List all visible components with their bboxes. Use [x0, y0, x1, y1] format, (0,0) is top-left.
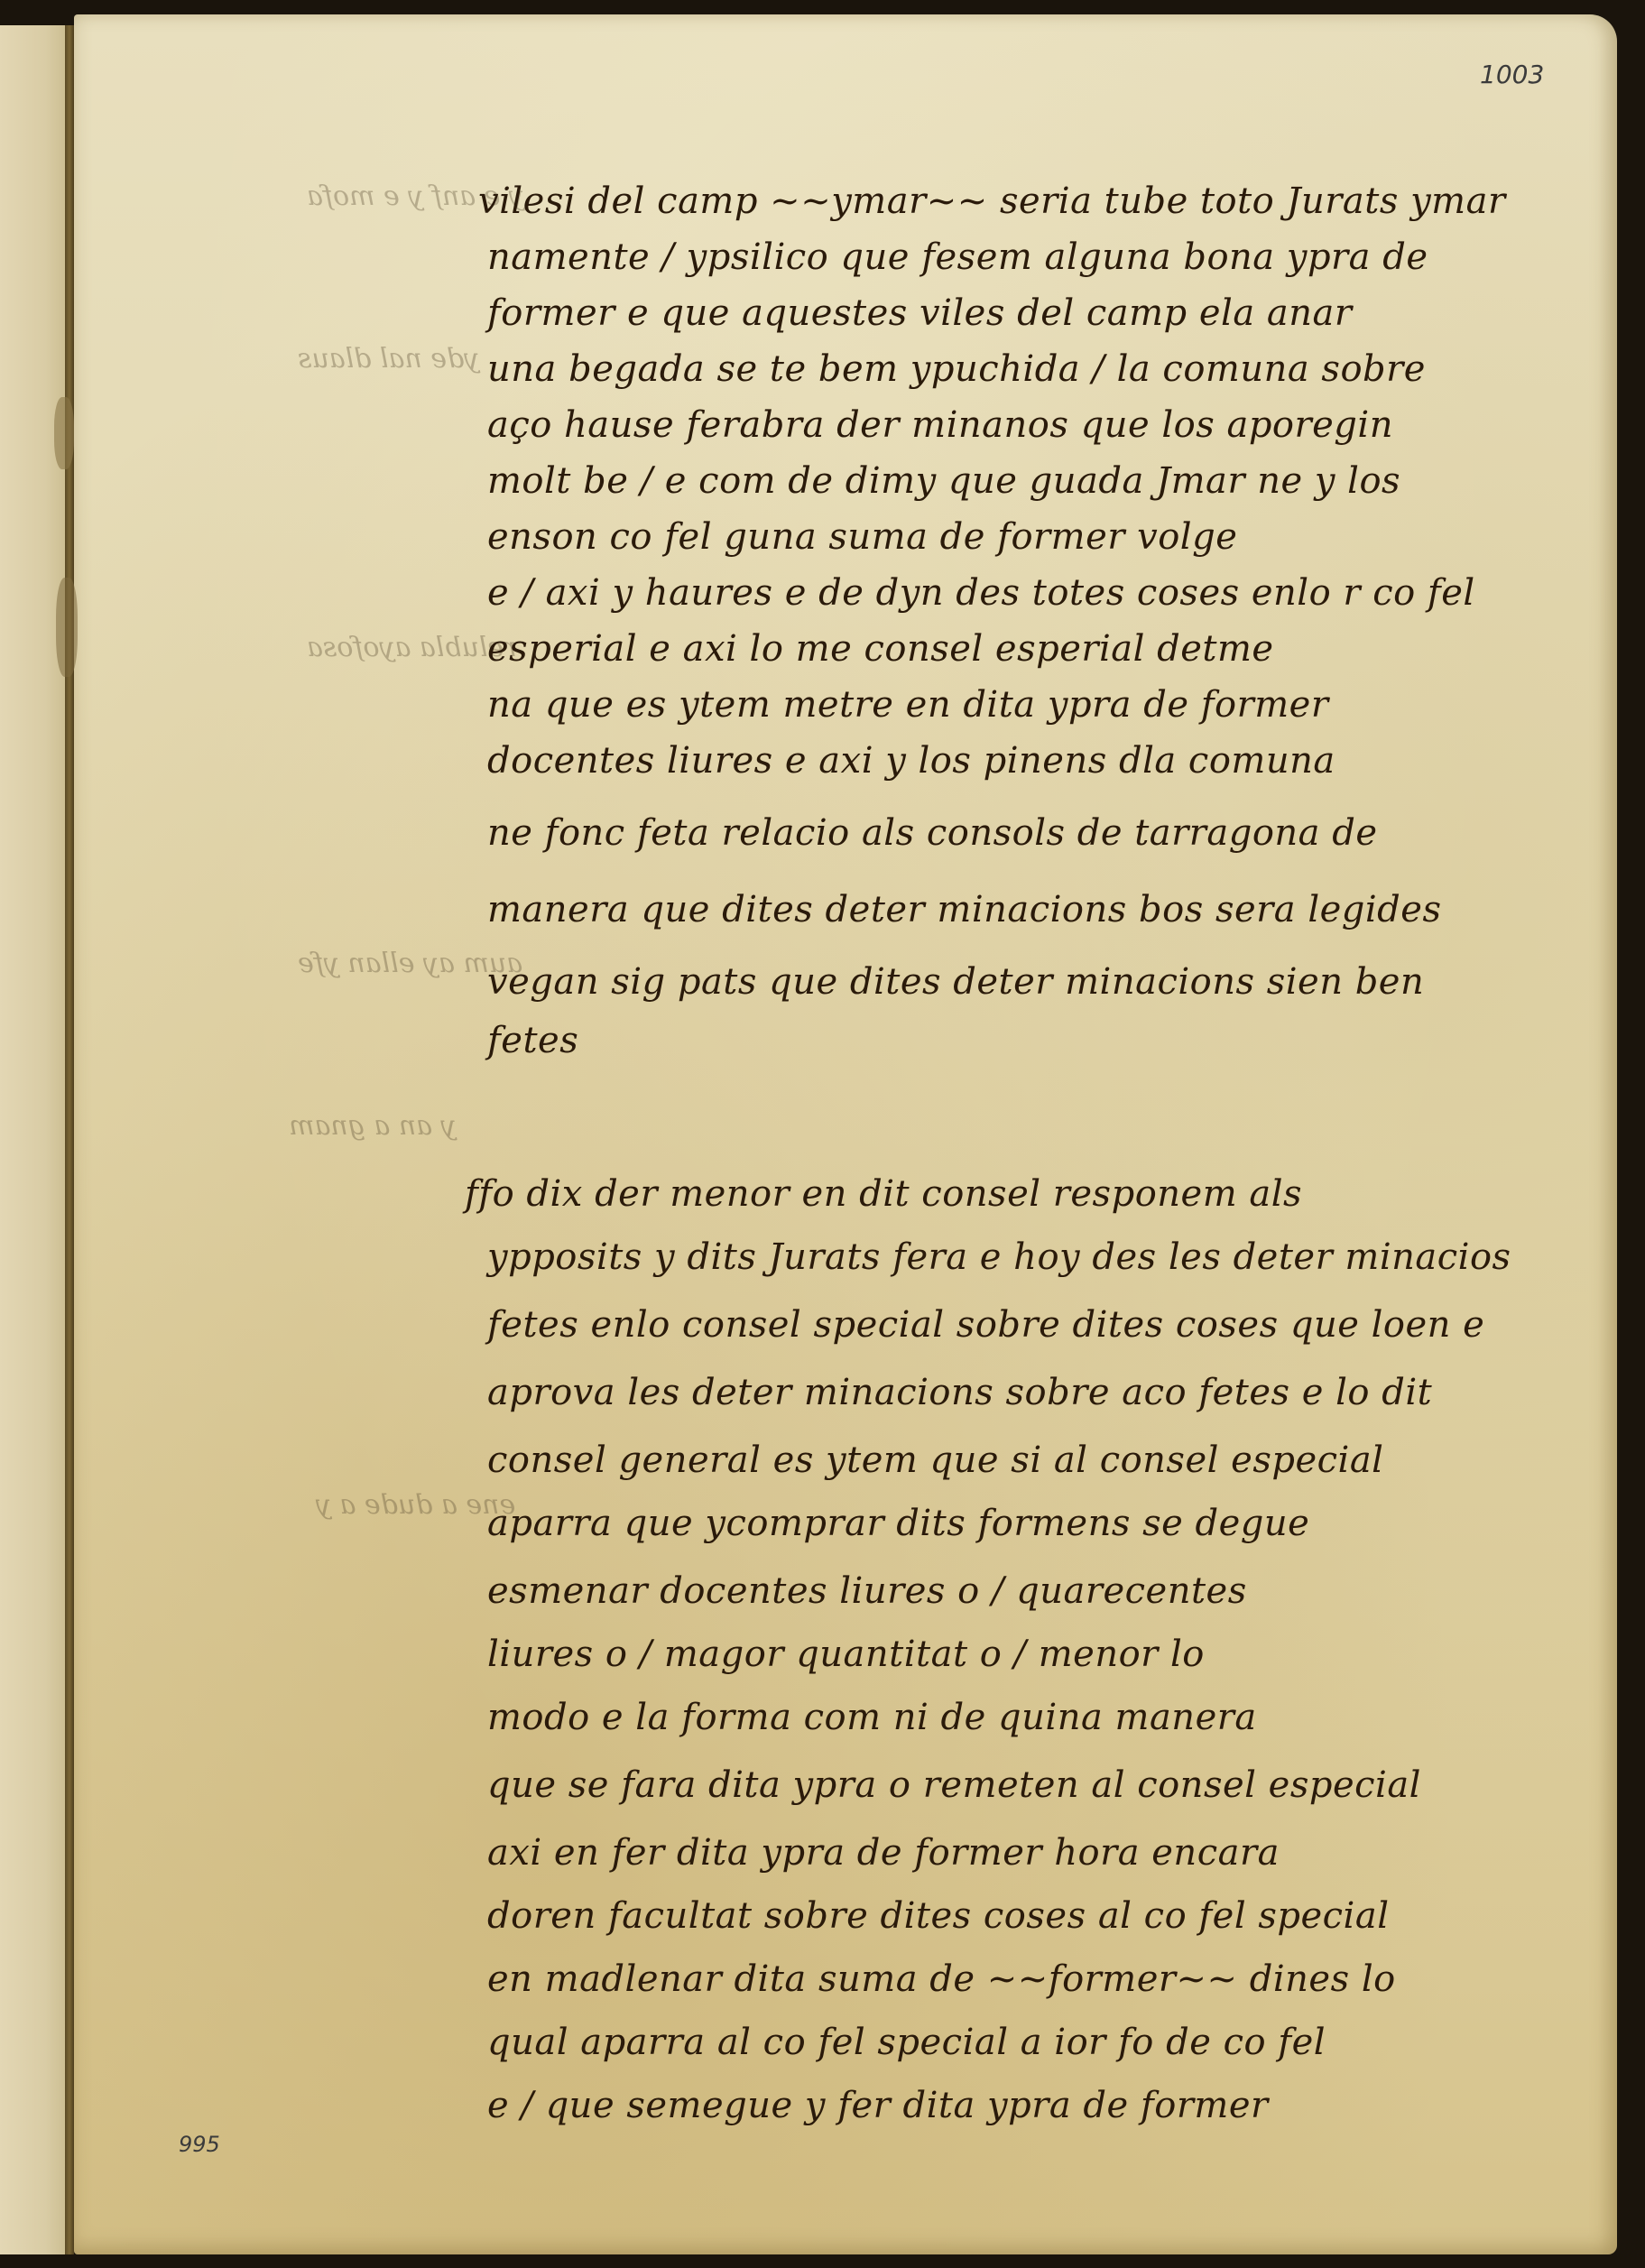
binding-stain [54, 397, 74, 469]
text-line: ypposits y dits Jurats fera e hoy des le… [487, 1236, 1511, 1278]
text-line: esmenar docentes liures o / quarecentes [487, 1570, 1247, 1612]
folio-number-bottom: 995 [179, 2132, 220, 2157]
text-line: na que es ytem metre en dita ypra de for… [487, 684, 1328, 726]
text-line: ffo dix der menor en dit consel responem… [465, 1173, 1302, 1215]
text-line: namente / ypsilico que fesem alguna bona… [487, 236, 1428, 278]
text-line: esperial e axi lo me consel esperial det… [487, 628, 1274, 670]
text-line: ne fonc feta relacio als consols de tarr… [487, 812, 1378, 854]
text-line: enson co fel guna suma de former volge [487, 516, 1237, 558]
text-line: consel general es ytem que si al consel … [487, 1439, 1383, 1481]
text-line: docentes liures e axi y los pinens dla c… [487, 740, 1335, 782]
text-line: doren facultat sobre dites coses al co f… [487, 1895, 1390, 1937]
text-line: liures o / magor quantitat o / menor lo [487, 1634, 1205, 1675]
text-line: vegan sig pats que dites deter minacions… [487, 961, 1424, 1003]
text-line: fetes [487, 1020, 578, 1061]
binding-stain [56, 578, 78, 677]
binding-gutter [65, 25, 74, 2254]
text-line: aprova les deter minacions sobre aco fet… [487, 1372, 1432, 1413]
text-line: en madlenar dita suma de ~~former~~ dine… [487, 1958, 1396, 2000]
text-line: vilesi del camp ~~ymar~~ seria tube toto… [478, 181, 1506, 222]
text-line: axi en fer dita ypra de former hora enca… [487, 1832, 1280, 1874]
bleed-through-text: ene a dude a y [316, 1489, 515, 1521]
text-line: modo e la forma com ni de quina manera [487, 1697, 1257, 1738]
adjacent-leaf [0, 25, 65, 2254]
text-line: e / axi y haures e de dyn des totes cose… [487, 572, 1475, 614]
text-line: aço hause ferabra der minanos que los ap… [487, 404, 1393, 446]
text-line: aparra que ycomprar dits formens se degu… [487, 1503, 1309, 1544]
bleed-through-text: y an a gnam [289, 1110, 457, 1142]
text-line: que se fara dita ypra o remeten al conse… [487, 1764, 1421, 1806]
bleed-through-text: relubla ayofosa [307, 632, 517, 663]
text-line: fetes enlo consel special sobre dites co… [487, 1304, 1484, 1346]
text-line: una begada se te bem ypuchida / la comun… [487, 348, 1426, 390]
text-line: manera que dites deter minacions bos ser… [487, 889, 1442, 930]
folio-number-top: 1003 [1480, 60, 1544, 89]
bleed-through-text: yde nal dlaus [298, 343, 479, 375]
text-line: former e que aquestes viles del camp ela… [487, 292, 1352, 334]
text-line: molt be / e com de dimy que guada Jmar n… [487, 460, 1400, 502]
text-line: e / que semegue y fer dita ypra de forme… [487, 2085, 1269, 2126]
text-line: qual aparra al co fel special a ior fo d… [487, 2022, 1326, 2063]
